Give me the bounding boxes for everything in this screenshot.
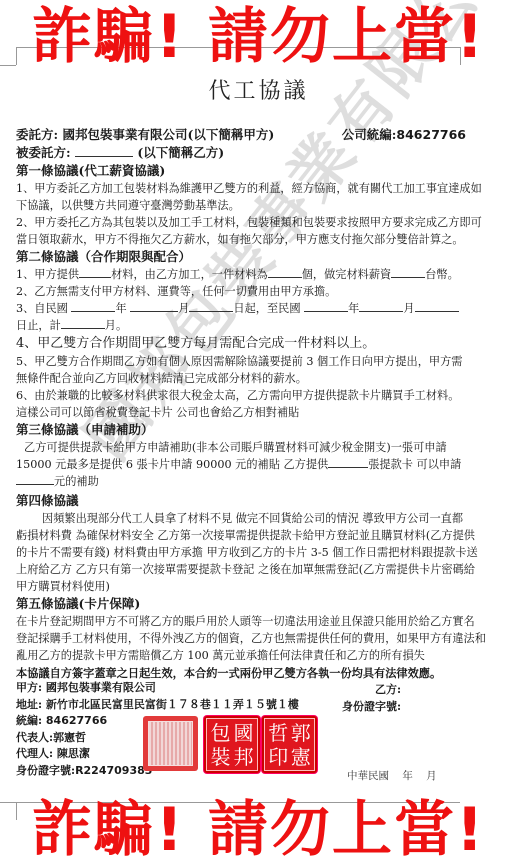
duration-months-blank[interactable]: [61, 318, 105, 329]
party-a-row: 甲方: 國邦包裝事業有限公司: [16, 680, 506, 697]
scam-warning-banner-bottom: 詐騙! 請勿上當!: [0, 795, 517, 865]
agent-row: 代理人: 陳思潔: [16, 746, 506, 763]
signing-date: 中華民國 年 月: [347, 768, 437, 783]
section-4-line: 因頻繁出現部分代工人員拿了材料不見 做完不回貨給公司的情況 導致甲方公司一直都: [16, 510, 486, 527]
section-4-line: 的卡片不需要有錢) 材料費由甲方承擔 甲方收到乙方的卡片 3-5 個工作日需把材…: [16, 544, 486, 561]
end-month-blank[interactable]: [359, 301, 403, 312]
seal-pattern: [148, 721, 193, 766]
section-4-line: 虧損材料費 為確保材料安全 乙方第一次接單需提供提款卡給甲方登記並且購買材料(乙…: [16, 527, 486, 544]
section-4-line: 上府給乙方 乙方只有第一次接單需要提款卡登記 之後在加單無需登記(乙方需提供卡片…: [16, 561, 486, 578]
end-day-blank[interactable]: [415, 301, 459, 312]
principal-row: 委託方: 國邦包裝事業有限公司(以下簡稱甲方) 公司統編:84627766: [16, 126, 486, 144]
start-month-blank[interactable]: [130, 301, 178, 312]
section-3-line: 乙方可提供提款卡給甲方申請補助(非本公司賬戶購置材料可減少稅金開支)一張可申請: [16, 439, 486, 456]
section-1-line: 2、甲方委托乙方為其包裝以及加工手工材料，包裝種類和包裝要求按照甲方要求完成乙方…: [16, 214, 486, 231]
agent-name-blank[interactable]: [75, 146, 133, 157]
section-1-line: 當日領取薪水，甲方不得拖欠乙方薪水，如有拖欠部分，甲方應支付拖欠部分雙倍計算之。: [16, 231, 486, 248]
section-3-heading: 第三條協議（申請補助）: [16, 421, 486, 439]
end-year-blank[interactable]: [304, 301, 348, 312]
document-title: 代工協議: [0, 74, 517, 105]
section-2-item-3-cont: 日止，計月。: [16, 317, 486, 334]
start-year-blank[interactable]: [71, 301, 115, 312]
section-5-line: 亂用乙方的提款卡甲方需賠償乙方 100 萬元並承擔任何法律責任和乙方的所有損失: [16, 647, 486, 664]
section-5-line: 登記採購手工材料使用，不得外洩乙方的個資，乙方也無需提供任何的費用，如果甲方有違…: [16, 630, 486, 647]
company-tax-id: 公司統編:84627766: [342, 126, 466, 144]
section-1-line: 1、甲方委託乙方加工包裝材料為維護甲乙雙方的利益，經方協商，就有關代工加工事宜達…: [16, 180, 486, 197]
section-2-item-5-cont: 無條件配合並向乙方回收材料結清已完成部分材料的薪水。: [16, 370, 486, 387]
address-row: 地址: 新竹市北區民富里民富街１７８巷１１弄１５號１樓: [16, 697, 506, 714]
section-1-heading: 第一條協議(代工薪資協議): [16, 162, 486, 180]
section-2-item-3: 3、自民國 年 月日起，至民國 年月: [16, 300, 486, 317]
card-count-blank[interactable]: [328, 457, 368, 468]
signature-block: 甲方: 國邦包裝事業有限公司 地址: 新竹市北區民富里民富街１７８巷１１弄１５號…: [16, 680, 506, 779]
section-5-heading: 第五條協議(卡片保障): [16, 595, 486, 613]
section-2-item-6: 6、由於兼職的比較多材料供求很大稅金太高，乙方需向甲方提供提款卡片購買手工材料。: [16, 387, 486, 404]
section-3-line: 15000 元最多是提供 6 張卡片申請 90000 元的補貼 乙方提供張提款卡…: [16, 456, 486, 473]
party-b-label: 乙方:: [375, 681, 401, 697]
representative-row: 代表人:郭憲哲: [16, 730, 506, 747]
section-3-line: 元的補助: [16, 473, 486, 490]
personal-seal-stamp: 哲 郭 印 憲: [262, 716, 317, 773]
wage-blank[interactable]: [391, 267, 425, 278]
square-seal-stamp: [143, 716, 198, 771]
start-day-blank[interactable]: [189, 301, 233, 312]
subsidy-amount-blank[interactable]: [16, 474, 54, 485]
section-1-line: 下協議，以供雙方共同遵守臺灣勞動基準法。: [16, 197, 486, 214]
section-4-heading: 第四條協議: [16, 492, 486, 510]
section-4-line: 甲方購買材料使用): [16, 578, 486, 595]
party-b-id-label: 身份證字號:: [342, 698, 401, 714]
scam-warning-banner-top: 詐騙! 請勿上當!: [0, 2, 517, 72]
pieces-blank[interactable]: [268, 267, 302, 278]
section-2-item-2: 2、乙方無需支付甲方材料、運費等，任何一切費用由甲方承擔。: [16, 283, 486, 300]
company-seal-stamp: 包 國 裝 邦: [204, 716, 260, 773]
section-2-item-6-cont: 這樣公司可以節省稅費登記卡片 公司也會給乙方相對補貼: [16, 404, 486, 421]
section-2-item-1: 1、甲方提供材料，由乙方加工，一件材料為個，做完材料薪資台幣。: [16, 266, 486, 283]
section-2-item-4: 4、甲乙雙方合作期間甲乙雙方每月需配合完成一件材料以上。: [16, 334, 486, 353]
section-2-item-5: 5、甲乙雙方合作期間乙方如有個人原因需解除協議要提前 3 個工作日向甲方提出，甲…: [16, 353, 486, 370]
section-5-line: 在卡片登記期間甲方不可將乙方的賬戶用於人頭等一切違法用途並且保證只能用於給乙方實…: [16, 613, 486, 630]
material-blank[interactable]: [79, 267, 111, 278]
contract-body: 委託方: 國邦包裝事業有限公司(以下簡稱甲方) 公司統編:84627766 被委…: [16, 126, 486, 682]
principal-name: 國邦包裝事業有限公司(以下簡稱甲方): [62, 127, 274, 142]
section-2-heading: 第二條協議（合作期限與配合）: [16, 248, 486, 266]
agent-row: 被委託方: (以下簡稱乙方): [16, 144, 486, 162]
principal: 委託方: 國邦包裝事業有限公司(以下簡稱甲方): [16, 126, 274, 144]
tax-id-row: 統編: 84627766: [16, 713, 506, 730]
